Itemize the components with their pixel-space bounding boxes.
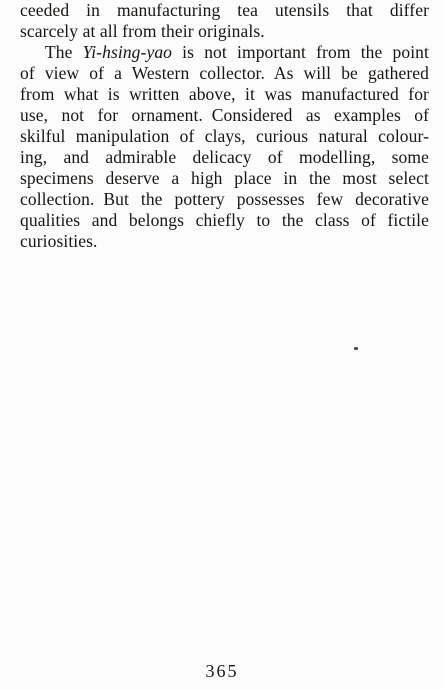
text-line: The Yi-hsing-yao is not important from t… (20, 42, 429, 63)
book-page: ceeded in manufacturing tea utensils tha… (0, 0, 444, 690)
text-line: ing, and admirable delicacy of modelling… (20, 147, 429, 168)
text-line: collection. But the pottery possesses fe… (20, 189, 429, 210)
text-line: specimens deserve a high place in the mo… (20, 168, 429, 189)
text-line: curiosities. (20, 231, 429, 252)
text-line: ceeded in manufacturing tea utensils tha… (20, 0, 429, 21)
text-line: from what is written above, it was manuf… (20, 84, 429, 105)
text-line: skilful manipulation of clays, curious n… (20, 126, 429, 147)
text-line: use, not for ornament. Considered as exa… (20, 105, 429, 126)
body-text: ceeded in manufacturing tea utensils tha… (20, 0, 429, 252)
text-line: qualities and belongs chiefly to the cla… (20, 210, 429, 231)
text-line: of view of a Western collector. As will … (20, 63, 429, 84)
page-number: 365 (0, 661, 444, 682)
italic-term: Yi-hsing-yao (83, 42, 172, 62)
ink-speck (354, 347, 358, 350)
text-line: scarcely at all from their originals. (20, 21, 429, 42)
